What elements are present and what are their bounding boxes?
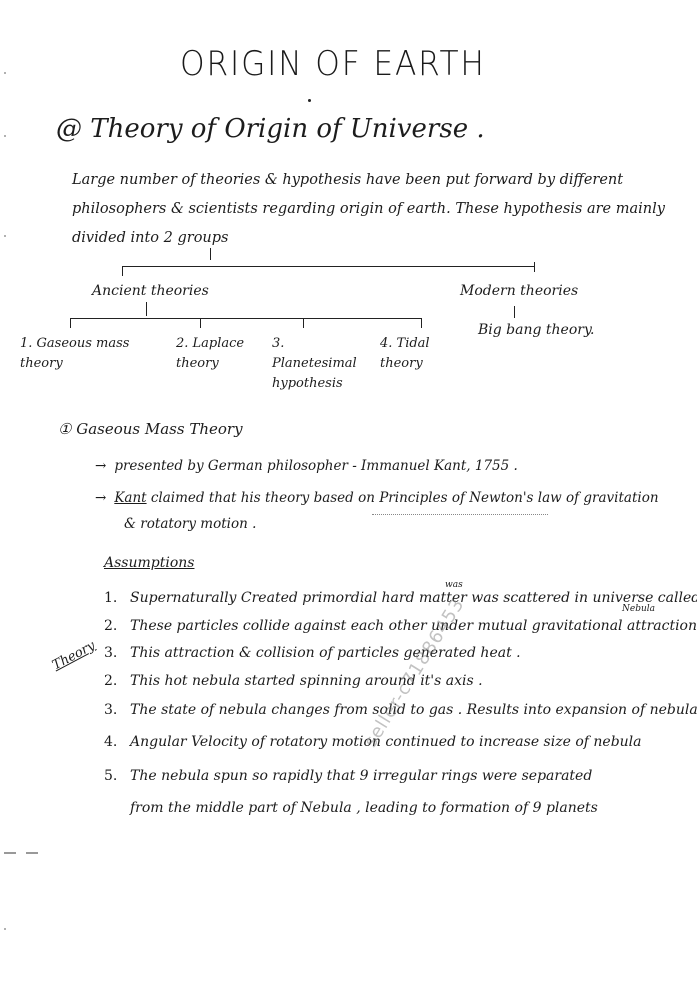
gaseous-bullet-2-cont: & rotatory motion . (124, 516, 256, 532)
bullet-text: presented by German philosopher - Immanu… (114, 458, 518, 474)
assumption-item-7: 5.The nebula spun so rapidly that 9 irre… (104, 768, 592, 784)
item-number: 4. (104, 734, 130, 750)
note-below: Nebula (622, 604, 655, 614)
tree-left-drop (122, 266, 123, 276)
arrow-icon: → (95, 490, 106, 506)
assumption-item-4: 2.This hot nebula started spinning aroun… (104, 673, 483, 689)
ancient-theory-1: 1. Gaseous mass theory (20, 334, 160, 374)
item-text: This hot nebula started spinning around … (130, 673, 483, 689)
dotted-line (372, 514, 548, 515)
item-number: 1. (104, 590, 130, 606)
intro-line-1: Large number of theories & hypothesis ha… (72, 172, 623, 188)
scan-artifact-dash (26, 852, 38, 854)
ink-dot (308, 99, 311, 102)
item-text: The state of nebula changes from solid t… (130, 702, 697, 718)
ancient-drop-3 (303, 318, 304, 328)
note-above: was (445, 580, 463, 590)
margin-note-theory: Theory (50, 638, 98, 673)
item-number: 2. (104, 673, 130, 689)
ancient-drop-2 (200, 318, 201, 328)
modern-theory-1: Big bang theory. (478, 322, 594, 338)
ancient-theory-3: 3. Planetesimal hypothesis (272, 334, 372, 394)
intro-line-3: divided into 2 groups (72, 230, 228, 246)
gaseous-mass-title: ① Gaseous Mass Theory (58, 420, 243, 438)
item-text: This attraction & collision of particles… (130, 645, 521, 661)
gaseous-bullet-1: →presented by German philosopher - Imman… (95, 458, 518, 474)
item-number: 3. (104, 702, 130, 718)
item-number: 5. (104, 768, 130, 784)
tree-right-drop (534, 262, 535, 272)
ancient-drop-4 (421, 318, 422, 328)
item-text: These particles collide against each oth… (130, 618, 697, 634)
arrow-icon: → (95, 458, 106, 474)
item-text: from the middle part of Nebula , leading… (130, 800, 598, 816)
tree-stem (210, 248, 211, 260)
ancient-stem (146, 302, 147, 316)
item-number: 3. (104, 645, 130, 661)
ancient-drop-1 (70, 318, 71, 328)
ancient-theory-2: 2. Laplace theory (176, 334, 256, 374)
ancient-theories-label: Ancient theories (92, 283, 209, 299)
scan-artifact-dash (4, 852, 16, 854)
scan-speck (4, 235, 6, 237)
bullet-text: claimed that his theory based on Princip… (151, 490, 659, 506)
page-title: ORIGIN OF EARTH (180, 44, 486, 84)
gaseous-bullet-2: →Kant claimed that his theory based on P… (95, 490, 659, 506)
modern-theories-label: Modern theories (460, 283, 578, 299)
tree-top-bar (122, 266, 534, 267)
section-heading: @ Theory of Origin of Universe . (56, 114, 485, 144)
assumption-item-2: 2.These particles collide against each o… (104, 618, 697, 634)
scan-speck (4, 135, 6, 137)
item-number: 2. (104, 618, 130, 634)
item-text: Supernaturally Created primordial hard m… (130, 590, 697, 606)
assumption-item-3: 3.This attraction & collision of particl… (104, 645, 521, 661)
assumption-item-1: 1.Supernaturally Created primordial hard… (104, 590, 697, 606)
ancient-bar (70, 318, 422, 319)
ancient-theory-4: 4. Tidal theory (380, 334, 450, 374)
intro-line-2: philosophers & scientists regarding orig… (72, 201, 665, 217)
assumption-item-7-cont: from the middle part of Nebula , leading… (130, 800, 598, 816)
scan-speck (4, 72, 6, 74)
scan-speck (4, 928, 6, 930)
item-text: The nebula spun so rapidly that 9 irregu… (130, 768, 592, 784)
assumptions-heading: Assumptions (104, 555, 194, 571)
modern-stem (514, 306, 515, 318)
kant-label: Kant (114, 490, 146, 506)
